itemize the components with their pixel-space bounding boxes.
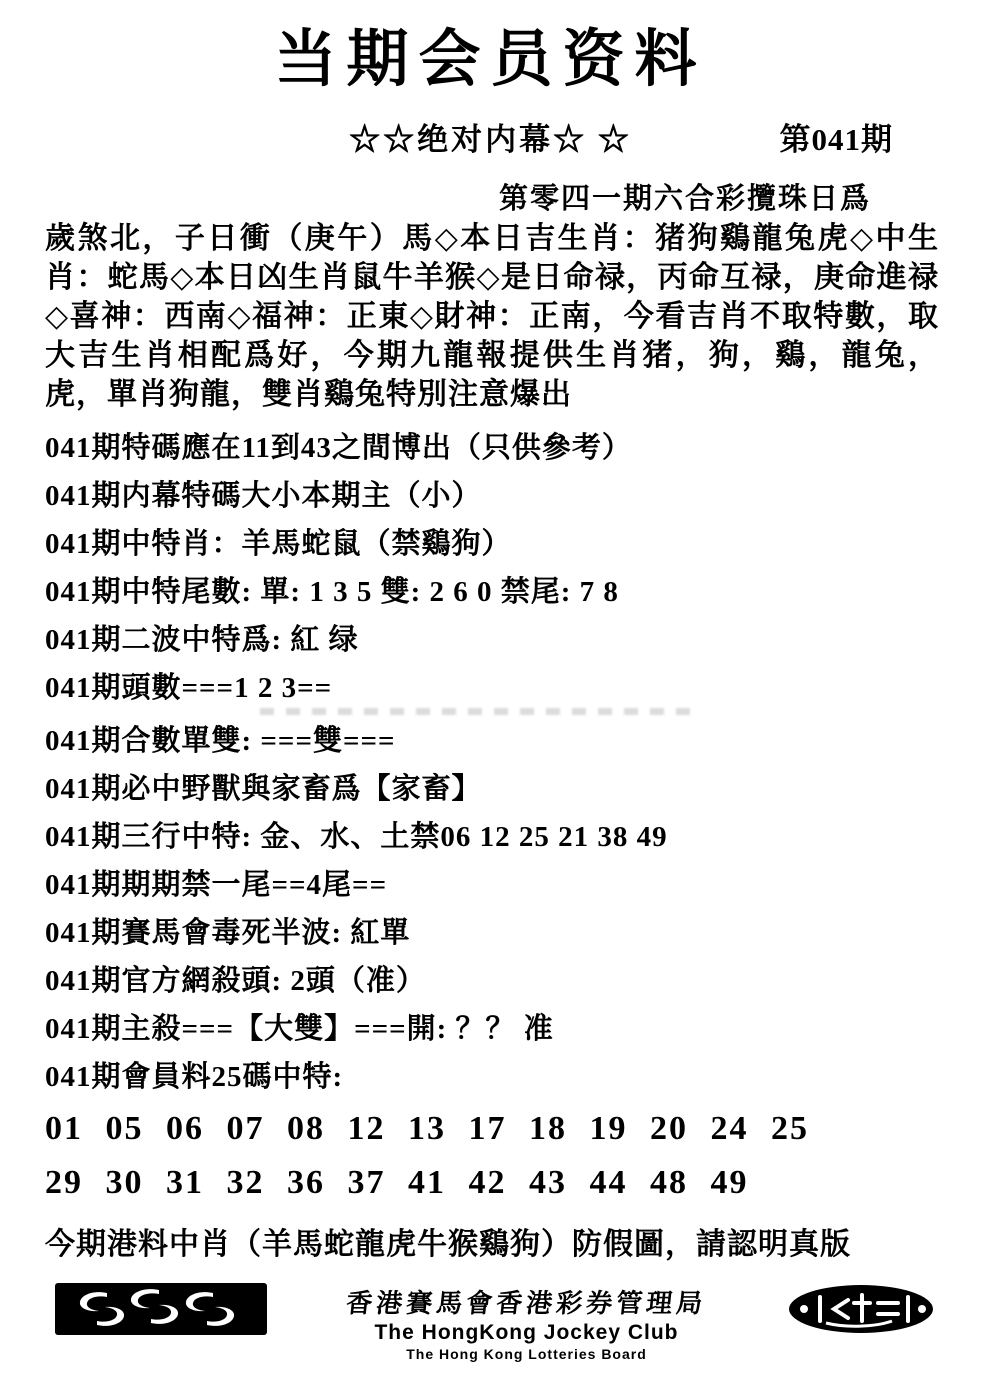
member-numbers-row-1: 01 05 06 07 08 12 13 17 18 19 20 24 25 <box>45 1111 951 1147</box>
draw-date-line: 第零四一期六合彩攬珠日爲 <box>0 176 981 217</box>
scan-smudge-artifact <box>260 708 690 715</box>
tip-special-range: 041期特碼應在11到43之間博出（只供參考） <box>45 434 951 463</box>
subtitle-row: ☆☆绝对内幕☆ ☆ 第041期 <box>0 114 981 156</box>
tip-wild-domestic: 041期必中野獸與家畜爲【家畜】 <box>45 775 951 804</box>
organization-subname-en: The Hong Kong Lotteries Board <box>307 1346 746 1362</box>
almanac-paragraph: 歲煞北，子日衝（庚午）馬◇本日吉生肖：猪狗鷄龍兔虎◇中生肖：蛇馬◇本日凶生肖鼠牛… <box>45 219 939 414</box>
tip-three-elements: 041期三行中特: 金、水、土禁06 12 25 21 38 49 <box>45 823 951 852</box>
member-numbers-row-2: 29 30 31 32 36 37 41 42 43 44 48 49 <box>45 1165 951 1201</box>
anti-fake-note: 今期港料中肖（羊馬蛇龍虎牛猴鷄狗）防假圖，請認明真版 <box>45 1219 951 1263</box>
member-info-sheet: 当期会员资料 ☆☆绝对内幕☆ ☆ 第041期 第零四一期六合彩攬珠日爲 歲煞北，… <box>0 0 981 1388</box>
page-title: 当期会员资料 <box>0 20 981 100</box>
tip-tail-numbers: 041期中特尾數: 單: 1 3 5 雙: 2 6 0 禁尾: 7 8 <box>45 578 951 607</box>
organization-name-cn: 香港賽馬會香港彩券管理局 <box>305 1283 748 1320</box>
tips-list: 041期特碼應在11到43之間博出（只供參考） 041期内幕特碼大小本期主（小）… <box>45 434 951 1092</box>
issue-number: 第041期 <box>780 114 894 159</box>
jockey-club-logo-icon <box>55 1281 267 1342</box>
lotteries-board-seal-icon <box>786 1283 936 1346</box>
tip-main-kill: 041期主殺===【大雙】===開: ？？ 准 <box>45 1015 951 1044</box>
tip-two-waves: 041期二波中特爲: 紅 绿 <box>45 626 951 655</box>
organization-text: 香港賽馬會香港彩券管理局 The HongKong Jockey Club Th… <box>307 1283 746 1362</box>
tip-poison-halfwave: 041期賽馬會毒死半波: 紅單 <box>45 919 951 948</box>
tip-25-codes-label: 041期會員料25碼中特: <box>45 1063 951 1092</box>
tip-head-numbers: 041期頭數===1 2 3== <box>45 674 951 703</box>
tip-big-small: 041期内幕特碼大小本期主（小） <box>45 482 951 511</box>
tip-forbidden-tail: 041期期期禁一尾==4尾== <box>45 871 951 900</box>
tip-zodiac: 041期中特肖：羊馬蛇鼠（禁鷄狗） <box>45 530 951 559</box>
footer: 香港賽馬會香港彩券管理局 The HongKong Jockey Club Th… <box>55 1281 936 1362</box>
tip-official-killhead: 041期官方網殺頭: 2頭（准） <box>45 967 951 996</box>
organization-name-en: The HongKong Jockey Club <box>307 1321 746 1345</box>
tip-sum-odd-even: 041期合數單雙: ===雙=== <box>45 727 951 756</box>
